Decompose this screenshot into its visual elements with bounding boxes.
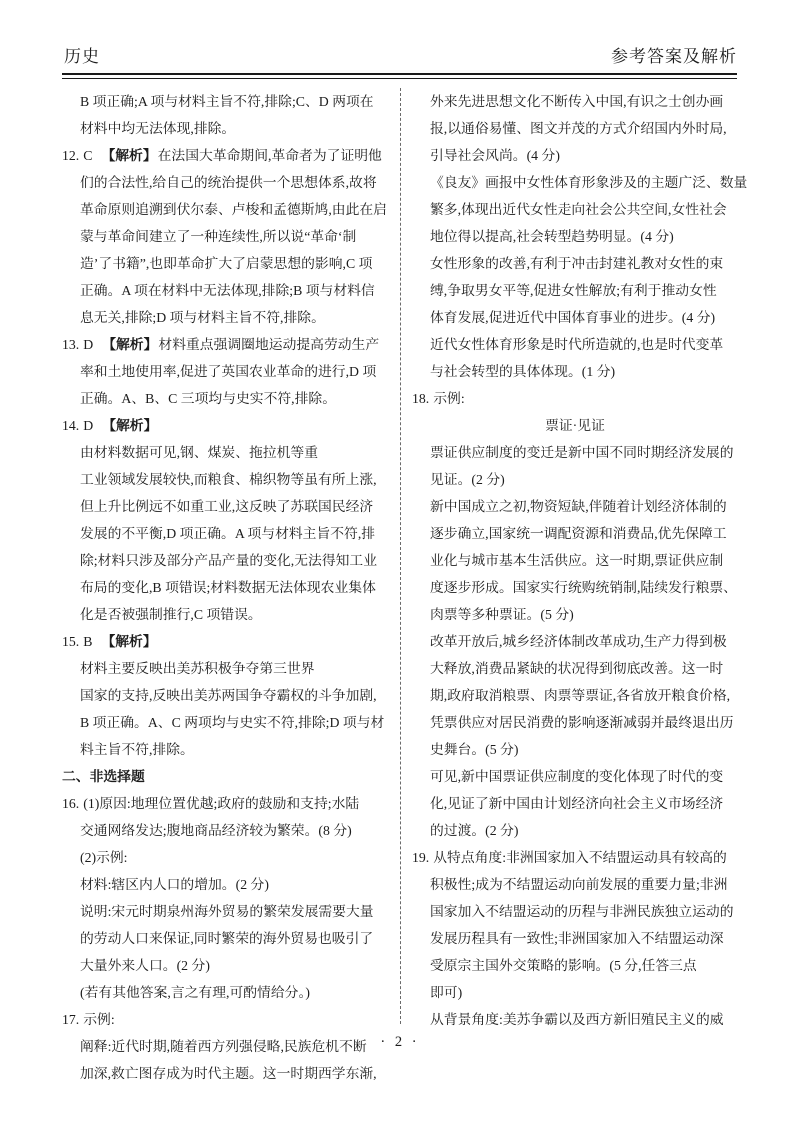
item-number: 15. (62, 634, 79, 649)
item-number: 17. (62, 1012, 79, 1027)
answer-block: 票证·见证 (412, 412, 738, 439)
block-text: 由材料数据可见,钢、煤炭、拖拉机等重 工业领域发展较快,而粮食、棉织物等虽有所上… (80, 445, 377, 622)
item-number: 14. (62, 418, 79, 433)
answer-block: 16.(1)原因:地理位置优越;政府的鼓励和支持;水陆 交通网络发达;腹地商品经… (62, 790, 392, 1006)
analysis-label: 【解析】 (102, 418, 157, 433)
block-text: (1)原因:地理位置优越;政府的鼓励和支持;水陆 交通网络发达;腹地商品经济较为… (80, 796, 374, 1000)
item-answer: D (83, 337, 93, 352)
answer-block: 二、非选择题 (62, 763, 392, 790)
item-number: 16. (62, 796, 79, 811)
item-number: 13. (62, 337, 79, 352)
column-divider (400, 88, 401, 1024)
page-number: · 2 · (0, 1034, 800, 1051)
analysis-label: 【解析】 (101, 634, 156, 649)
answer-block: 14.D【解析】由材料数据可见,钢、煤炭、拖拉机等重 工业领域发展较快,而粮食、… (62, 412, 392, 628)
block-text: 在法国大革命期间,革命者为了证明他 们的合法性,给自己的统治提供一个思想体系,故… (80, 148, 387, 325)
page-header: 历史 参考答案及解析 (64, 42, 737, 67)
block-text: 二、非选择题 (62, 769, 145, 784)
item-number: 18. (412, 391, 429, 406)
block-text: 从特点角度:非洲国家加入不结盟运动具有较高的 积极性;成为不结盟运动向前发展的重… (430, 850, 734, 1027)
block-text: 示例: (433, 391, 464, 406)
answer-key-title: 参考答案及解析 (611, 42, 737, 67)
content-columns: B 项正确;A 项与材料主旨不符,排除;C、D 两项在 材料中均无法体现,排除。… (62, 88, 738, 1034)
right-column: 外来先进思想文化不断传入中国,有识之士创办画 报,以通俗易懂、图文并茂的方式介绍… (412, 88, 738, 1033)
item-answer: D (83, 418, 93, 433)
block-text: 材料主要反映出美苏积极争夺第三世界 国家的支持,反映出美苏两国争夺霸权的斗争加剧… (80, 661, 384, 757)
answer-block: 13.D【解析】材料重点强调圈地运动提高劳动生产 率和土地使用率,促进了英国农业… (62, 331, 392, 412)
item-number: 12. (62, 148, 79, 163)
analysis-label: 【解析】 (101, 148, 156, 163)
left-column: B 项正确;A 项与材料主旨不符,排除;C、D 两项在 材料中均无法体现,排除。… (62, 88, 392, 1087)
block-text: 票证供应制度的变迁是新中国不同时期经济发展的 见证。(2 分) 新中国成立之初,… (430, 445, 737, 838)
answer-block: 18.示例: (412, 385, 738, 412)
analysis-label: 【解析】 (102, 337, 157, 352)
document-page: 历史 参考答案及解析 B 项正确;A 项与材料主旨不符,排除;C、D 两项在 材… (0, 0, 800, 1124)
answer-block: 12.C【解析】在法国大革命期间,革命者为了证明他 们的合法性,给自己的统治提供… (62, 142, 392, 331)
answer-block: B 项正确;A 项与材料主旨不符,排除;C、D 两项在 材料中均无法体现,排除。 (62, 88, 392, 142)
block-text: 票证·见证 (545, 418, 605, 433)
subject-title: 历史 (64, 42, 100, 67)
item-number: 19. (412, 850, 429, 865)
answer-block: 15.B【解析】材料主要反映出美苏积极争夺第三世界 国家的支持,反映出美苏两国争… (62, 628, 392, 763)
answer-block: 外来先进思想文化不断传入中国,有识之士创办画 报,以通俗易懂、图文并茂的方式介绍… (412, 88, 738, 385)
answer-block: 19.从特点角度:非洲国家加入不结盟运动具有较高的 积极性;成为不结盟运动向前发… (412, 844, 738, 1033)
block-text: 外来先进思想文化不断传入中国,有识之士创办画 报,以通俗易懂、图文并茂的方式介绍… (430, 94, 747, 379)
answer-block: 票证供应制度的变迁是新中国不同时期经济发展的 见证。(2 分) 新中国成立之初,… (412, 439, 738, 844)
header-rule (62, 73, 737, 79)
block-text: B 项正确;A 项与材料主旨不符,排除;C、D 两项在 材料中均无法体现,排除。 (80, 94, 374, 136)
item-answer: B (83, 634, 92, 649)
item-answer: C (83, 148, 92, 163)
